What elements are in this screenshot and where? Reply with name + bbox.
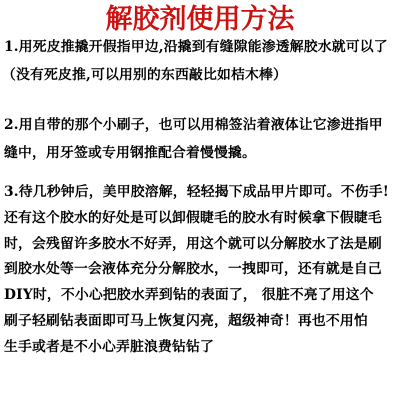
step-3-line-6: 刷子轻刷钻表面即可马上恢复闪亮，超级神奇！再也不用怕 (4, 311, 368, 331)
step-2-line-2: 缝中，用牙签或专用钢推配合着慢慢撬。 (4, 143, 256, 163)
step-3-line-3: 时，会残留许多胶水不好弄，用这个就可以分解胶水了法是刷 (4, 234, 382, 254)
step-3-line-7: 生手或者是不小心弄脏浪费钻钻了 (4, 337, 214, 357)
page-title: 解胶剂使用方法 (0, 4, 400, 36)
step-1-line-2: （没有死皮推,可以用别的东西敲比如桔木棒） (2, 65, 287, 85)
step-3-line-1: 3.待几秒钟后，美甲胶溶解，轻轻揭下成品甲片即可。不伤手! (4, 182, 389, 202)
step-2-line-1: 2.用自带的那个小刷子，也可以用棉签沾着液体让它渗进指甲 (4, 115, 383, 135)
step-3-line-2: 还有这个胶水的好处是可以卸假睫毛的胶水有时候拿下假睫毛 (4, 208, 382, 228)
step-3-line-4: 到胶水处等一会液体充分分解胶水，一拽即可，还有就是自己 (4, 259, 382, 279)
step-3-line-5: DIY时，不小心把胶水弄到钻的表面了， 很脏不亮了用这个 (4, 285, 374, 305)
step-1-line-1: 1.用死皮推撬开假指甲边,沿撬到有缝隙能渗透解胶水就可以了 (4, 37, 388, 57)
